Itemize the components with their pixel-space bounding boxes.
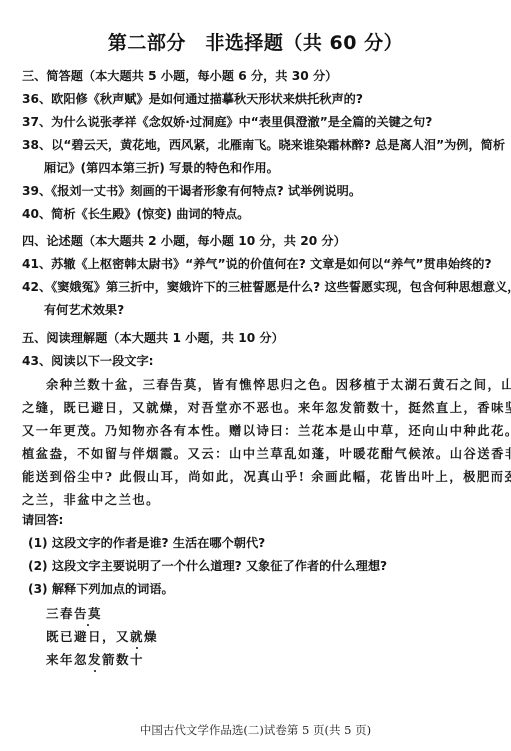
passage-line-1: 余种兰数十盆，三春告莫，皆有憔悴思归之色。因移植于太湖石黄石之间，山之阴，石 xyxy=(46,375,511,393)
exam-page: 第二部分 非选择题（共 60 分） 三、简答题（本大题共 5 小题，每小题 6 … xyxy=(0,0,511,751)
dotted-term: 就 xyxy=(130,627,144,645)
question-37: 37、为什么说张孝祥《念奴娇·过洞庭》中“表里俱澄澈”是全篇的关键之句? xyxy=(22,114,432,130)
passage-line-6: 之兰，非盆中之兰也。 xyxy=(22,490,160,508)
question-42: 42、《窦娥冤》第三折中，窦娥许下的三桩誓愿是什么? 这些誓愿实现，包含何种思想… xyxy=(22,279,511,295)
section-heading-essay: 四、论述题（本大题共 2 小题，每小题 10 分，共 20 分） xyxy=(22,233,346,249)
page-title: 第二部分 非选择题（共 60 分） xyxy=(0,28,511,55)
question-40: 40、简析《长生殿》(惊变) 曲词的特点。 xyxy=(22,206,249,222)
term-2: 既已避日，又就燥 xyxy=(46,627,158,645)
passage-line-3: 又一年更茂。乃知物亦各有本性。赠以诗曰：兰花本是山中草，还向山中种此花。尘世纷纷 xyxy=(22,421,511,439)
dotted-term: 发 xyxy=(88,650,102,668)
sub-question-1: (1) 这段文字的作者是谁? 生活在哪个朝代? xyxy=(28,535,265,551)
sub-question-3: (3) 解释下列加点的词语。 xyxy=(28,581,174,597)
page-footer: 中国古代文学作品选(二)试卷第 5 页(共 5 页) xyxy=(0,722,511,738)
question-38-continuation: 厢记》(第四本第三折) 写景的特色和作用。 xyxy=(44,160,279,176)
term-text: 来年忽 xyxy=(46,652,88,667)
term-3: 来年忽发箭数十 xyxy=(46,650,144,668)
question-43: 43、阅读以下一段文字: xyxy=(22,353,154,369)
term-1: 三春告莫 xyxy=(46,604,102,622)
passage-line-5: 能送到俗尘中? 此假山耳，尚如此，况真山乎! 余画此幅，花皆出叶上，极肥而劲，盖… xyxy=(22,467,511,485)
question-39: 39、《报刘一丈书》刻画的干谒者形象有何特点? 试举例说明。 xyxy=(22,183,361,199)
term-text: 箭数十 xyxy=(102,652,144,667)
question-36: 36、欧阳修《秋声赋》是如何通过描摹秋天形状来烘托秋声的? xyxy=(22,91,363,107)
term-text: 既已避日，又 xyxy=(46,629,130,644)
sub-question-2: (2) 这段文字主要说明了一个什么道理? 又象征了作者的什么理想? xyxy=(28,558,387,574)
section-heading-short-answer: 三、简答题（本大题共 5 小题，每小题 6 分，共 30 分） xyxy=(22,68,337,84)
term-text: 燥 xyxy=(144,629,158,644)
answer-prompt: 请回答: xyxy=(22,512,63,528)
term-text: 三春 xyxy=(46,606,74,621)
passage-line-4: 植盆盎，不如留与伴烟霞。又云：山中兰草乱如蓬，叶暖花酣气候浓。山谷送香非不远，那 xyxy=(22,444,511,462)
question-38: 38、以“碧云天，黄花地，西风紧，北雁南飞。晓来谁染霜林醉? 总是离人泪”为例，… xyxy=(22,137,511,153)
question-42-continuation: 有何艺术效果? xyxy=(44,302,124,318)
question-41: 41、苏辙《上枢密韩太尉书》“养气”说的价值何在? 文章是如何以“养气”贯串始终… xyxy=(22,256,492,272)
dotted-term: 告莫 xyxy=(74,604,102,622)
section-heading-reading: 五、阅读理解题（本大题共 1 小题，共 10 分） xyxy=(22,330,284,346)
passage-line-2: 之缝，既已避日，又就燥，对吾堂亦不恶也。来年忽发箭数十，挺然直上，香味坚厚而远。 xyxy=(22,398,511,416)
